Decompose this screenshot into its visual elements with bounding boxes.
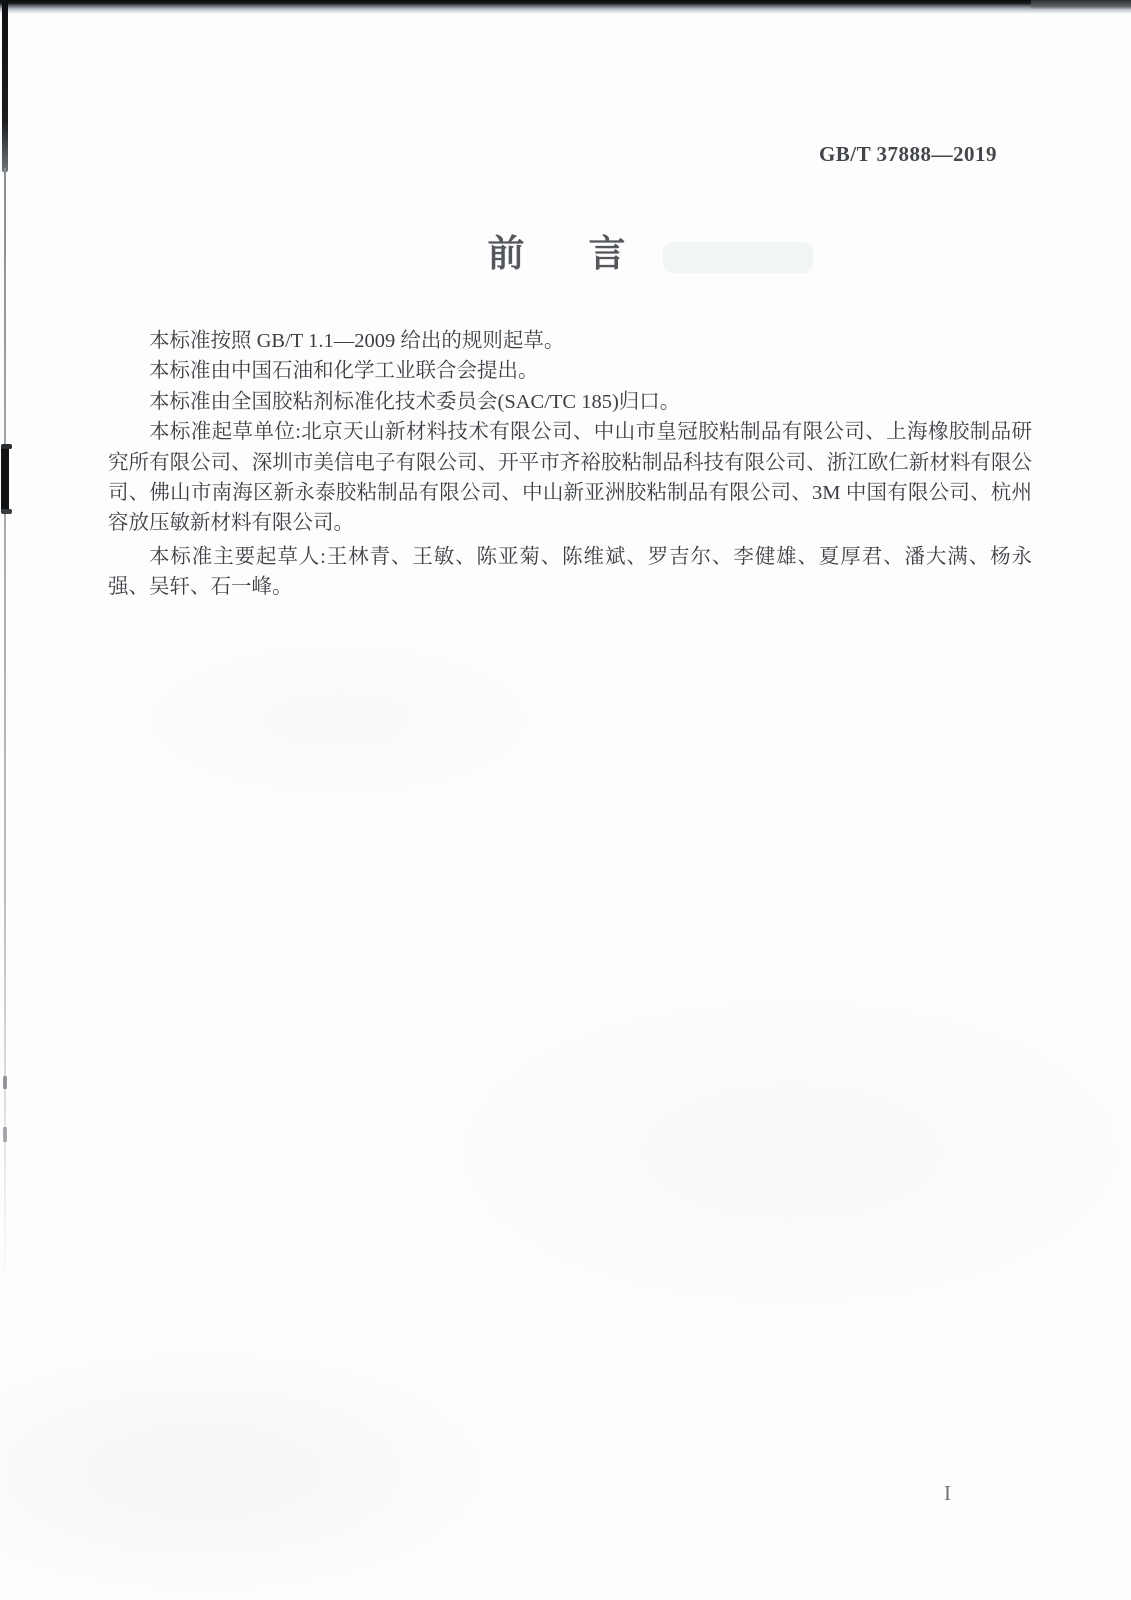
paragraph-proposed-by: 本标准由中国石油和化学工业联合会提出。	[108, 356, 1032, 386]
scanned-standard-page: { "document": { "standard_code": "GB/T 3…	[0, 0, 1131, 1600]
scan-artifact-left-blob	[1, 447, 9, 511]
foreword-body: 本标准按照 GB/T 1.1—2009 给出的规则起草。 本标准由中国石油和化学…	[108, 326, 1032, 603]
page-number: I	[944, 1481, 951, 1506]
document-page: GB/T 37888—2019 前 言 本标准按照 GB/T 1.1—2009 …	[0, 0, 1131, 1600]
page-title-char-1: 前	[488, 235, 525, 272]
paragraph-drafting-organizations: 本标准起草单位:北京天山新材料技术有限公司、中山市皇冠胶粘制品有限公司、上海橡胶…	[108, 417, 1032, 539]
scan-artifact-left-line	[4, 168, 6, 1288]
paragraph-centralized-by: 本标准由全国胶粘剂标准化技术委员会(SAC/TC 185)归口。	[108, 387, 1032, 417]
scan-artifact-left-tick-2	[3, 1127, 7, 1142]
page-title-char-2: 言	[589, 235, 626, 272]
scan-artifact-top-right-edge	[1031, 0, 1131, 9]
scan-artifact-top-edge	[0, 0, 1131, 14]
scan-artifact-left-tick-1	[3, 1076, 7, 1089]
page-title: 前 言	[0, 235, 1122, 272]
paragraph-main-drafters: 本标准主要起草人:王林青、王敏、陈亚菊、陈维斌、罗吉尔、李健雄、夏厚君、潘大满、…	[108, 542, 1032, 603]
standard-code: GB/T 37888—2019	[819, 142, 997, 167]
paragraph-drafting-rules: 本标准按照 GB/T 1.1—2009 给出的规则起草。	[108, 326, 1032, 356]
scan-artifact-left-bar	[2, 0, 8, 172]
